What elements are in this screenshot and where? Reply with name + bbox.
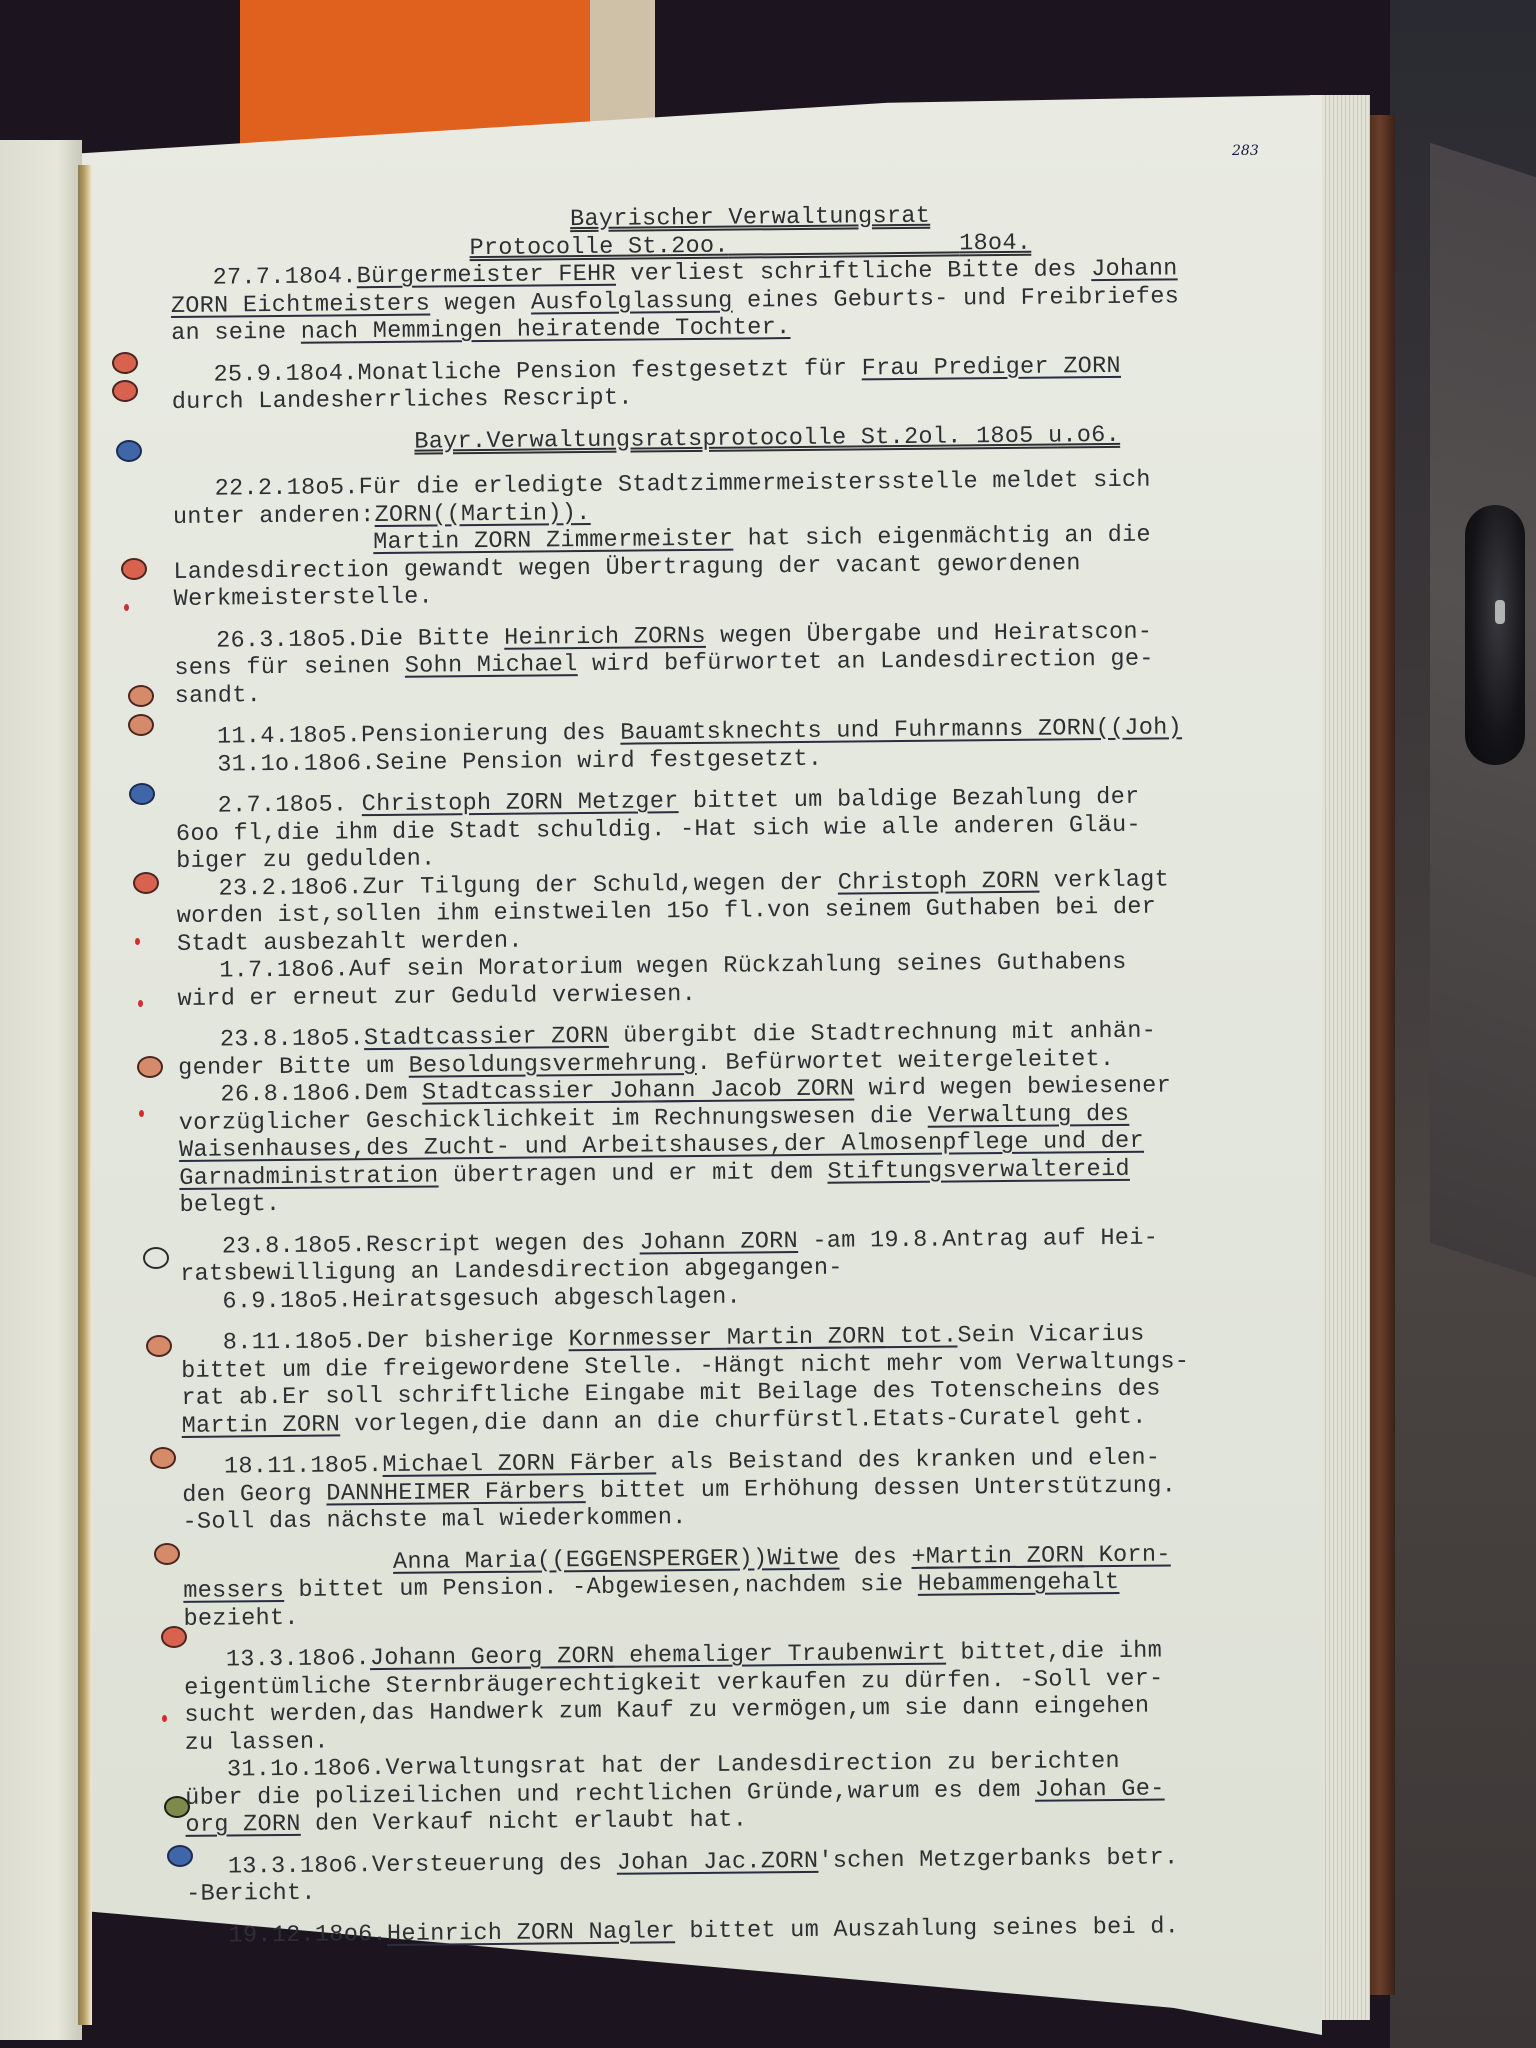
section-heading: Bayr.Verwaltungsratsprotocolle St.2ol. 1… (242, 420, 1292, 458)
margin-stamp (146, 1335, 172, 1357)
left-page (0, 140, 82, 2040)
margin-stamp (150, 1447, 176, 1469)
typed-document: Bayrischer Verwaltungsrat Protocolle St.… (170, 199, 1307, 1964)
margin-stamp (112, 380, 138, 402)
margin-stamp (116, 440, 142, 462)
black-knob (1465, 505, 1525, 765)
margin-dot (162, 1715, 167, 1722)
page-number: 283 (1232, 143, 1259, 159)
cream-bookmark (590, 0, 655, 135)
entry-line: 19.12.18o6.Heinrich ZORN Nagler bittet u… (186, 1912, 1306, 1950)
margin-stamp (129, 783, 155, 805)
heading-title: Bayrischer Verwaltungsrat (570, 203, 930, 234)
book-gutter (78, 165, 92, 2025)
document-entry: Anna Maria((EGGENSPERGER))Witwe des +Mar… (183, 1540, 1304, 1633)
margin-stamp (154, 1543, 180, 1565)
document-entry: 8.11.18o5.Der bisherige Kornmesser Marti… (181, 1319, 1302, 1440)
margin-dot (139, 1110, 144, 1117)
document-entry: 23.8.18o5.Stadtcassier ZORN übergibt die… (178, 1016, 1300, 1219)
margin-stamp (112, 352, 138, 374)
entry-list: 27.7.18o4.Bürgermeister FEHR verliest sc… (171, 254, 1307, 1950)
document-entry: 13.3.18o6.Johann Georg ZORN ehemaliger T… (184, 1636, 1306, 1839)
margin-stamp (143, 1247, 169, 1269)
document-entry: 19.12.18o6.Heinrich ZORN Nagler bittet u… (186, 1912, 1306, 1950)
document-entry: 22.2.18o5.Für die erledigte Stadtzimmerm… (173, 465, 1294, 613)
margin-dot (124, 604, 129, 611)
margin-stamp (128, 714, 154, 736)
document-entry: 27.7.18o4.Bürgermeister FEHR verliest sc… (171, 254, 1292, 347)
margin-stamp (137, 1056, 163, 1078)
document-entry: 11.4.18o5.Pensionierung des Bauamtsknech… (175, 713, 1295, 779)
document-entry: 2.7.18o5. Christoph ZORN Metzger bittet … (176, 782, 1298, 1013)
margin-dot (138, 1000, 143, 1007)
document-entry: 23.8.18o5.Rescript wegen des Johann ZORN… (180, 1223, 1301, 1316)
document-entry: 25.9.18o4.Monatliche Pension festgesetzt… (171, 351, 1291, 417)
margin-stamp (133, 872, 159, 894)
margin-stamp (128, 685, 154, 707)
document-entry: 26.3.18o5.Die Bitte Heinrich ZORNs wegen… (174, 617, 1295, 710)
document-entry: 18.11.18o5.Michael ZORN Färber als Beist… (182, 1443, 1303, 1536)
document-entry: 13.3.18o6.Versteuerung des Johan Jac.ZOR… (186, 1843, 1306, 1909)
margin-dot (135, 938, 140, 945)
margin-stamp (121, 558, 147, 580)
